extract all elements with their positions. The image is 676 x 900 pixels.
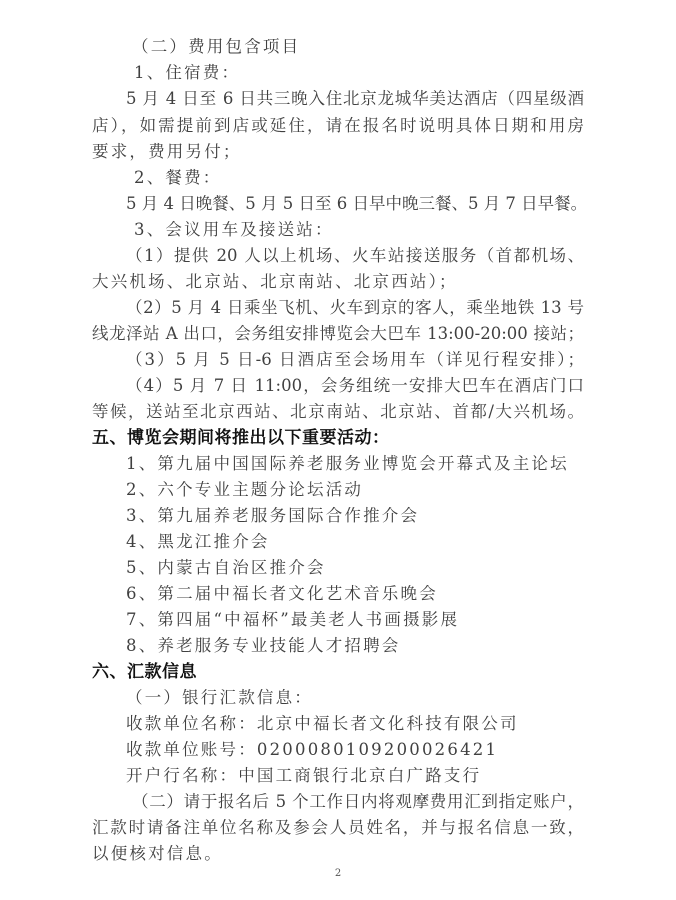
paragraph-line: 5 月 4 日至 6 日共三晚入住北京龙城华美达酒店（四星级酒 — [126, 86, 584, 112]
paragraph-line: 开户行名称：中国工商银行北京白广路支行 — [126, 763, 584, 789]
paragraph-line: （二）请于报名后 5 个工作日内将观摩费用汇到指定账户， — [132, 789, 584, 815]
subsection-heading: （一）银行汇款信息： — [126, 685, 584, 711]
paragraph-line: 收款单位名称：北京中福长者文化科技有限公司 — [126, 711, 584, 737]
paragraph-line: 店），如需提前到店或延住，请在报名时说明具体日期和用房 — [92, 113, 584, 139]
list-item: 6、第二届中福长者文化艺术音乐晚会 — [126, 581, 584, 607]
paragraph-line: 线龙泽站 A 出口，会务组安排博览会大巴车 13:00-20:00 接站； — [92, 321, 584, 347]
section-heading: 五、博览会期间将推出以下重要活动： — [92, 425, 584, 451]
page-number: 2 — [0, 868, 676, 879]
paragraph-line: 要求，费用另付； — [92, 139, 584, 165]
list-item: 1、住宿费： — [134, 60, 584, 86]
document-page: （二）费用包含项目1、住宿费：5 月 4 日至 6 日共三晚入住北京龙城华美达酒… — [0, 0, 676, 900]
paragraph-line: （2）5 月 4 日乘坐飞机、火车到京的客人，乘坐地铁 13 号 — [126, 295, 584, 321]
subsection-heading: （二）费用包含项目 — [132, 34, 584, 60]
list-item: 5、内蒙古自治区推介会 — [126, 555, 584, 581]
list-item: 3、会议用车及接送站： — [134, 217, 584, 243]
paragraph-line: 汇款时请备注单位名称及参会人员姓名，并与报名信息一致， — [92, 815, 584, 841]
list-item: 3、第九届养老服务国际合作推介会 — [126, 503, 584, 529]
list-item: 8、养老服务专业技能人才招聘会 — [126, 633, 584, 659]
paragraph-line: （3）5 月 5 日-6 日酒店至会场用车（详见行程安排）； — [126, 347, 584, 373]
section-heading: 六、汇款信息 — [92, 659, 584, 685]
paragraph-line: 以便核对信息。 — [92, 841, 584, 867]
paragraph-line: 大兴机场、北京站、北京南站、北京西站）； — [92, 269, 584, 295]
list-item: 7、第四届“中福杯”最美老人书画摄影展 — [126, 607, 584, 633]
list-item: 2、六个专业主题分论坛活动 — [126, 477, 584, 503]
paragraph-line: （1）提供 20 人以上机场、火车站接送服务（首都机场、 — [126, 243, 584, 269]
paragraph-line: 5 月 4 日晚餐、5 月 5 日至 6 日早中晚三餐、5 月 7 日早餐。 — [126, 191, 584, 217]
paragraph-line: 等候，送站至北京西站、北京南站、北京站、首都/大兴机场。 — [92, 399, 584, 425]
list-item: 2、餐费： — [134, 165, 584, 191]
paragraph-line: （4）5 月 7 日 11:00，会务组统一安排大巴车在酒店门口 — [126, 373, 584, 399]
list-item: 4、黑龙江推介会 — [126, 529, 584, 555]
list-item: 1、第九届中国国际养老服务业博览会开幕式及主论坛 — [126, 451, 584, 477]
paragraph-line: 收款单位账号：0200080109200026421 — [126, 737, 584, 763]
